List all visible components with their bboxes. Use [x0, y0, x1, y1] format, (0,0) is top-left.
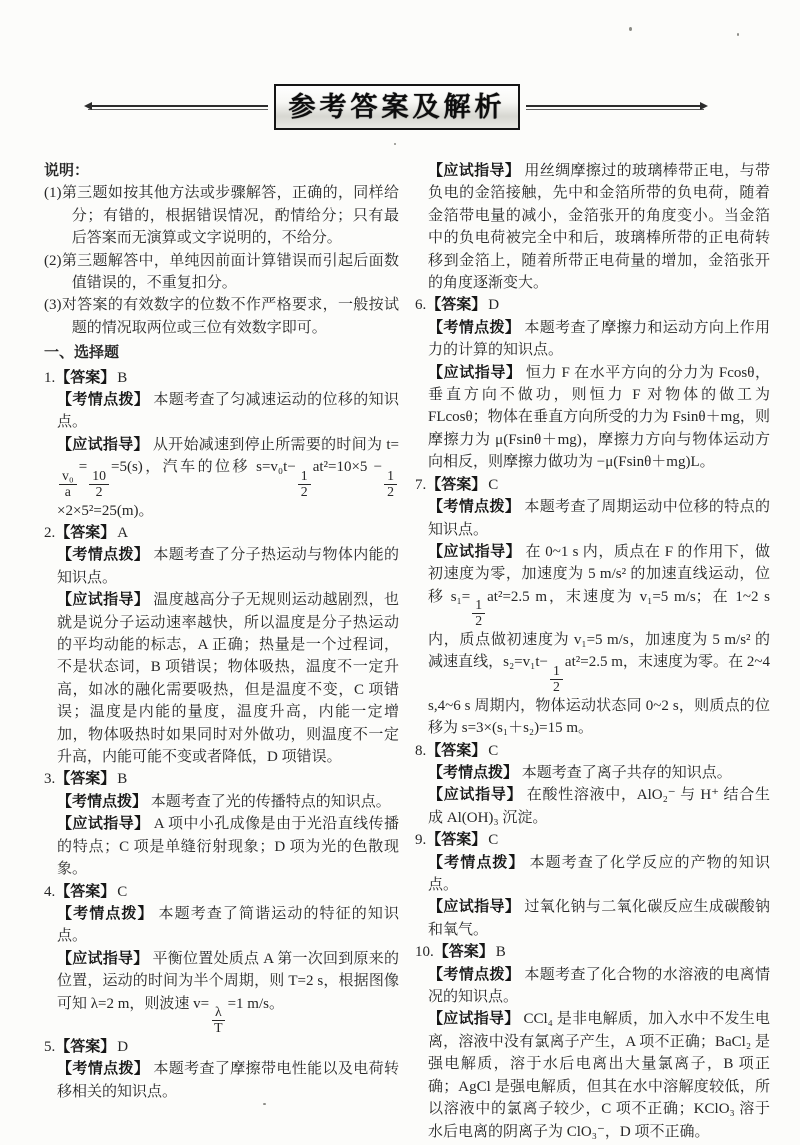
- text-run: =1 m/s。: [228, 996, 284, 1012]
- question-number: 2.: [44, 525, 55, 541]
- bracket-label: 【应试指导】: [57, 815, 150, 832]
- text-run: 用丝绸摩擦过的玻璃棒带正电，与带负电的金箔接触，先中和金箔所带的负电荷，随着金箔…: [428, 163, 770, 291]
- answer-body: 【考情点拨】 本题考查了分子热运动与物体内能的知识点。 【应试指导】 温度越高分…: [44, 544, 399, 768]
- scan-speck: [629, 27, 632, 31]
- text-run: ×2×5²=25(m)。: [57, 503, 154, 519]
- note-item: (1)第三题如按其他方法或步骤解答，正确的，同样给分；有错的，根据错误情况，酌情…: [44, 182, 399, 249]
- scanned-answer-page: 参考答案及解析 说明： (1)第三题如按其他方法或步骤解答，正确的，同样给分；有…: [0, 0, 800, 1145]
- bracket-label: 【考情点拨】: [428, 319, 520, 336]
- question-number: 10.: [415, 944, 434, 960]
- answer-body: 【考情点拨】 本题考查了离子共存的知识点。 【应试指导】 在酸性溶液中，AlO₂…: [415, 762, 770, 829]
- kaoqing-paragraph: 【考情点拨】 本题考查了简谐运动的特征的知识点。: [57, 903, 399, 948]
- answer-item-7: 7.【答案】C 【考情点拨】 本题考查了周期运动中位移的特点的知识点。 【应试指…: [415, 474, 770, 740]
- answer-body: 【考情点拨】 本题考查了光的传播特点的知识点。 【应试指导】 A 项中小孔成像是…: [44, 791, 399, 881]
- bracket-label: 【考情点拨】: [428, 966, 520, 983]
- answer-label: 【答案】: [55, 524, 115, 541]
- fraction: 102: [89, 469, 109, 500]
- kaoqing-paragraph: 【考情点拨】 本题考查了摩擦力和运动方向上作用力的计算的知识点。: [428, 317, 770, 362]
- answer-label: 【答案】: [426, 476, 486, 493]
- bracket-label: 【考情点拨】: [57, 793, 147, 810]
- bracket-label: 【应试指导】: [428, 543, 521, 560]
- answer-label: 【答案】: [55, 883, 115, 900]
- right-column: 【应试指导】 用丝绸摩擦过的玻璃棒带正电，与带负电的金箔接触，先中和金箔所带的负…: [415, 160, 770, 1143]
- answer-letter: B: [115, 771, 127, 787]
- answer-label: 【答案】: [55, 770, 115, 787]
- notes-heading: 说明：: [44, 160, 399, 182]
- bracket-label: 【考情点拨】: [428, 854, 525, 871]
- answer-item-9: 9.【答案】C 【考情点拨】 本题考查了化学反应的产物的知识点。 【应试指导】 …: [415, 829, 770, 941]
- yingshi-paragraph: 【应试指导】 恒力 F 在水平方向的分力为 Fcosθ，垂直方向不做功，则恒力 …: [428, 362, 770, 474]
- answer-body: 【考情点拨】 本题考查了简谐运动的特征的知识点。 【应试指导】 平衡位置处质点 …: [44, 903, 399, 1036]
- answer-item-3: 3.【答案】B 【考情点拨】 本题考查了光的传播特点的知识点。 【应试指导】 A…: [44, 768, 399, 880]
- yingshi-paragraph: 【应试指导】 A 项中小孔成像是由于光沿直线传播的特点；C 项是单缝衍射现象；D…: [57, 813, 399, 880]
- scan-speck: [737, 33, 739, 36]
- answer-item-2: 2.【答案】A 【考情点拨】 本题考查了分子热运动与物体内能的知识点。 【应试指…: [44, 522, 399, 768]
- answer-label: 【答案】: [55, 369, 115, 386]
- answer-line: 2.【答案】A: [44, 522, 399, 544]
- bracket-label: 【应试指导】: [428, 162, 520, 179]
- fraction: λT: [211, 1005, 225, 1036]
- left-column: 说明： (1)第三题如按其他方法或步骤解答，正确的，同样给分；有错的，根据错误情…: [44, 160, 399, 1143]
- answer-item-6: 6.【答案】D 【考情点拨】 本题考查了摩擦力和运动方向上作用力的计算的知识点。…: [415, 294, 770, 473]
- answer-body: 【考情点拨】 本题考查了摩擦带电性能以及电荷转移相关的知识点。: [44, 1058, 399, 1103]
- answer-item-4: 4.【答案】C 【考情点拨】 本题考查了简谐运动的特征的知识点。 【应试指导】 …: [44, 881, 399, 1036]
- answer-line: 9.【答案】C: [415, 829, 770, 851]
- q5-continuation: 【应试指导】 用丝绸摩擦过的玻璃棒带正电，与带负电的金箔接触，先中和金箔所带的负…: [415, 160, 770, 294]
- answer-item-1: 1.【答案】B 【考情点拨】 本题考查了匀减速运动的位移的知识点。 【应试指导】…: [44, 367, 399, 522]
- bracket-label: 【应试指导】: [57, 436, 149, 453]
- answer-letter: C: [115, 884, 127, 900]
- answer-line: 3.【答案】B: [44, 768, 399, 790]
- bracket-label: 【考情点拨】: [57, 905, 154, 922]
- answer-line: 8.【答案】C: [415, 740, 770, 762]
- kaoqing-paragraph: 【考情点拨】 本题考查了化合物的水溶液的电离情况的知识点。: [428, 964, 770, 1009]
- scan-speck: [394, 143, 396, 145]
- yingshi-paragraph: 【应试指导】 在酸性溶液中，AlO₂⁻ 与 H⁺ 结合生成 Al(OH)₃ 沉淀…: [428, 784, 770, 829]
- yingshi-paragraph: 【应试指导】 过氧化钠与二氧化碳反应生成碳酸钠和氧气。: [428, 896, 770, 941]
- answer-line: 4.【答案】C: [44, 881, 399, 903]
- kaoqing-paragraph: 【考情点拨】 本题考查了周期运动中位移的特点的知识点。: [428, 496, 770, 541]
- yingshi-paragraph: 【应试指导】 平衡位置处质点 A 第一次回到原来的位置，运动的时间为半个周期，则…: [57, 948, 399, 1036]
- answer-label: 【答案】: [426, 831, 486, 848]
- title-left-rule: [88, 105, 268, 110]
- question-number: 8.: [415, 743, 426, 759]
- title-right-rule: [526, 105, 704, 110]
- bracket-label: 【考情点拨】: [428, 764, 518, 781]
- answer-item-10: 10.【答案】B 【考情点拨】 本题考查了化合物的水溶液的电离情况的知识点。 【…: [415, 941, 770, 1143]
- answer-letter: D: [486, 297, 499, 313]
- bracket-label: 【应试指导】: [428, 898, 520, 915]
- answer-label: 【答案】: [426, 742, 486, 759]
- question-number: 7.: [415, 477, 426, 493]
- question-number: 3.: [44, 771, 55, 787]
- answer-body: 【考情点拨】 本题考查了化合物的水溶液的电离情况的知识点。 【应试指导】 CCl…: [415, 964, 770, 1143]
- two-column-body: 说明： (1)第三题如按其他方法或步骤解答，正确的，同样给分；有错的，根据错误情…: [44, 160, 770, 1143]
- answer-body: 【考情点拨】 本题考查了摩擦力和运动方向上作用力的计算的知识点。 【应试指导】 …: [415, 317, 770, 474]
- answer-label: 【答案】: [434, 943, 494, 960]
- text-run: CCl₄ 是非电解质，加入水中不发生电离，溶液中没有氯离子产生，A 项不正确；B…: [428, 1011, 770, 1139]
- answer-line: 10.【答案】B: [415, 941, 770, 963]
- kaoqing-paragraph: 【考情点拨】 本题考查了分子热运动与物体内能的知识点。: [57, 544, 399, 589]
- answer-label: 【答案】: [55, 1038, 115, 1055]
- answer-line: 7.【答案】C: [415, 474, 770, 496]
- fraction: 12: [550, 664, 563, 695]
- notes-block: 说明： (1)第三题如按其他方法或步骤解答，正确的，同样给分；有错的，根据错误情…: [44, 160, 399, 339]
- yingshi-paragraph: 【应试指导】 温度越高分子无规则运动越剧烈，也就是说分子运动速率越快，所以温度是…: [57, 589, 399, 768]
- text-run: =: [79, 459, 87, 475]
- answer-line: 5.【答案】D: [44, 1036, 399, 1058]
- answer-letter: C: [486, 477, 498, 493]
- text-run: 本题考查了离子共存的知识点。: [518, 765, 732, 781]
- answer-item-8: 8.【答案】C 【考情点拨】 本题考查了离子共存的知识点。 【应试指导】 在酸性…: [415, 740, 770, 830]
- text-run: 从开始减速到停止所需要的时间为 t=: [149, 437, 399, 453]
- answer-item-5: 5.【答案】D 【考情点拨】 本题考查了摩擦带电性能以及电荷转移相关的知识点。: [44, 1036, 399, 1103]
- yingshi-paragraph: 【应试指导】 从开始减速到停止所需要的时间为 t=v₀a=102=5(s)，汽车…: [57, 434, 399, 522]
- yingshi-paragraph: 【应试指导】 用丝绸摩擦过的玻璃棒带正电，与带负电的金箔接触，先中和金箔所带的负…: [428, 160, 770, 294]
- text-run: 温度越高分子无规则运动越剧烈，也就是说分子运动速率越快，所以温度是分子热运动的平…: [57, 592, 399, 765]
- bracket-label: 【应试指导】: [57, 591, 149, 608]
- answer-body: 【考情点拨】 本题考查了周期运动中位移的特点的知识点。 【应试指导】 在 0~1…: [415, 496, 770, 740]
- text-run: at²=10×5 −: [313, 459, 382, 475]
- note-item: (3)对答案的有效数字的位数不作严格要求，一般按试题的情况取两位或三位有效数字即…: [44, 294, 399, 339]
- answer-letter: C: [486, 743, 498, 759]
- answer-letter: A: [115, 525, 128, 541]
- fraction: v₀a: [59, 469, 77, 500]
- kaoqing-paragraph: 【考情点拨】 本题考查了离子共存的知识点。: [428, 762, 770, 784]
- answer-letter: B: [494, 944, 506, 960]
- yingshi-paragraph: 【应试指导】 CCl₄ 是非电解质，加入水中不发生电离，溶液中没有氯离子产生，A…: [428, 1008, 770, 1142]
- yingshi-paragraph: 【应试指导】 在 0~1 s 内，质点在 F 的作用下，做初速度为零，加速度为 …: [428, 541, 770, 740]
- text-run: 本题考查了光的传播特点的知识点。: [147, 794, 391, 810]
- kaoqing-paragraph: 【考情点拨】 本题考查了光的传播特点的知识点。: [57, 791, 399, 813]
- page-title: 参考答案及解析: [274, 84, 520, 130]
- bracket-label: 【考情点拨】: [57, 391, 149, 408]
- note-item: (2)第三题解答中，单纯因前面计算错误而引起后面数值错误的，不重复扣分。: [44, 250, 399, 295]
- fraction: 12: [384, 469, 397, 500]
- answer-body: 【考情点拨】 本题考查了化学反应的产物的知识点。 【应试指导】 过氧化钠与二氧化…: [415, 852, 770, 942]
- question-number: 4.: [44, 884, 55, 900]
- section-heading: 一、选择题: [44, 342, 399, 364]
- answer-letter: D: [115, 1039, 128, 1055]
- text-run: =5(s)，汽车的位移 s=v₀t−: [111, 459, 296, 475]
- answer-line: 1.【答案】B: [44, 367, 399, 389]
- bracket-label: 【考情点拨】: [428, 498, 520, 515]
- bracket-label: 【考情点拨】: [57, 546, 149, 563]
- bracket-label: 【应试指导】: [428, 1010, 519, 1027]
- kaoqing-paragraph: 【考情点拨】 本题考查了匀减速运动的位移的知识点。: [57, 389, 399, 434]
- question-number: 9.: [415, 832, 426, 848]
- answer-letter: C: [486, 832, 498, 848]
- answer-body: 【考情点拨】 本题考查了匀减速运动的位移的知识点。 【应试指导】 从开始减速到停…: [44, 389, 399, 522]
- kaoqing-paragraph: 【考情点拨】 本题考查了摩擦带电性能以及电荷转移相关的知识点。: [57, 1058, 399, 1103]
- answer-line: 6.【答案】D: [415, 294, 770, 316]
- fraction: 12: [472, 598, 485, 629]
- question-number: 5.: [44, 1039, 55, 1055]
- question-number: 6.: [415, 297, 426, 313]
- question-number: 1.: [44, 370, 55, 386]
- kaoqing-paragraph: 【考情点拨】 本题考查了化学反应的产物的知识点。: [428, 852, 770, 897]
- answer-label: 【答案】: [426, 296, 486, 313]
- bracket-label: 【应试指导】: [428, 786, 522, 803]
- bracket-label: 【应试指导】: [57, 950, 149, 967]
- bracket-label: 【应试指导】: [428, 364, 522, 381]
- bracket-label: 【考情点拨】: [57, 1060, 149, 1077]
- fraction: 12: [298, 469, 311, 500]
- answer-letter: B: [115, 370, 127, 386]
